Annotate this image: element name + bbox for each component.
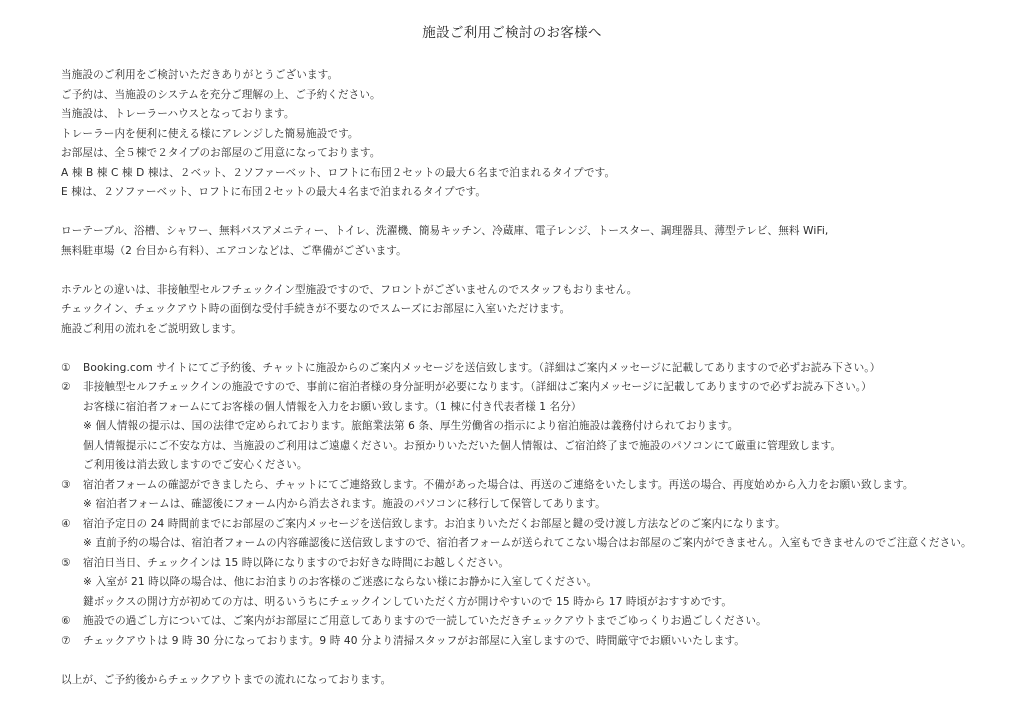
step-text: 宿泊者フォームの確認ができましたら、チャットにてご連絡致します。不備があった場合… [83, 476, 914, 496]
intro-line: お部屋は、全５棟で２タイプのお部屋のご用意になっております。 [61, 144, 1021, 164]
step-note: ※ 直前予約の場合は、宿泊者フォームの内容確認後に送信致しますので、宿泊者フォー… [61, 534, 1021, 554]
step-number: ④ [61, 515, 83, 535]
step-number: ⑤ [61, 554, 83, 574]
difference-line: ホテルとの違いは、非接触型セルフチェックイン型施設ですので、フロントがございませ… [61, 281, 1021, 301]
spacer [61, 651, 1021, 671]
step-7: ⑦ チェックアウトは 9 時 30 分になっております。9 時 40 分より清掃… [61, 632, 1021, 652]
document-body: 当施設のご利用をご検討いただきありがとうございます。 ご予約は、当施設のシステム… [61, 66, 1021, 690]
intro-line: 当施設は、トレーラーハウスとなっております。 [61, 105, 1021, 125]
intro-line: E 棟は、２ソファーベット、ロフトに布団２セットの最大４名まで泊まれるタイプです… [61, 183, 1021, 203]
step-note: ※ 個人情報の提示は、国の法律で定められております。旅館業法第 6 条、厚生労働… [61, 417, 1021, 437]
closing-text: 以上が、ご予約後からチェックアウトまでの流れになっております。 [61, 671, 1021, 691]
difference-section: ホテルとの違いは、非接触型セルフチェックイン型施設ですので、フロントがございませ… [61, 281, 1021, 340]
amenities-line: ローテーブル、浴槽、シャワー、無料バスアメニティー、トイレ、洗濯機、簡易キッチン… [61, 222, 1021, 242]
difference-line: 施設ご利用の流れをご説明致します。 [61, 320, 1021, 340]
intro-line: ご予約は、当施設のシステムを充分ご理解の上、ご予約ください。 [61, 86, 1021, 106]
step-note: ※ 入室が 21 時以降の場合は、他にお泊まりのお客様のご迷惑にならない様にお静… [61, 573, 1021, 593]
step-number: ⑦ [61, 632, 83, 652]
amenities-section: ローテーブル、浴槽、シャワー、無料バスアメニティー、トイレ、洗濯機、簡易キッチン… [61, 222, 1021, 261]
step-text: 施設での過ごし方については、ご案内がお部屋にご用意してありますので一読していただ… [83, 612, 767, 632]
step-text: 宿泊予定日の 24 時間前までにお部屋のご案内メッセージを送信致します。お泊まり… [83, 515, 786, 535]
spacer [61, 261, 1021, 281]
spacer [61, 203, 1021, 223]
step-5: ⑤ 宿泊日当日、チェックインは 15 時以降になりますのでお好きな時間にお越しく… [61, 554, 1021, 574]
step-number: ③ [61, 476, 83, 496]
step-text: チェックアウトは 9 時 30 分になっております。9 時 40 分より清掃スタ… [83, 632, 745, 652]
intro-line: トレーラー内を便利に使える様にアレンジした簡易施設です。 [61, 125, 1021, 145]
step-note: 個人情報提示にご不安な方は、当施設のご利用はご遠慮ください。お預かりいただいた個… [61, 437, 1021, 457]
step-text: 非接触型セルフチェックインの施設ですので、事前に宿泊者様の身分証明が必要になりま… [83, 378, 872, 398]
spacer [61, 339, 1021, 359]
step-note: 鍵ボックスの開け方が初めての方は、明るいうちにチェックインしていただく方が開けや… [61, 593, 1021, 613]
step-3: ③ 宿泊者フォームの確認ができましたら、チャットにてご連絡致します。不備があった… [61, 476, 1021, 496]
step-1: ① Booking.com サイトにてご予約後、チャットに施設からのご案内メッセ… [61, 359, 1021, 379]
intro-line: A 棟 B 棟 C 棟 D 棟は、２ベット、２ソファーベット、ロフトに布団２セッ… [61, 164, 1021, 184]
step-note: お客様に宿泊者フォームにてお客様の個人情報を入力をお願い致します。（1 棟に付き… [61, 398, 1021, 418]
step-number: ⑥ [61, 612, 83, 632]
difference-line: チェックイン、チェックアウト時の面倒な受付手続きが不要なのでスムーズにお部屋に入… [61, 300, 1021, 320]
step-text: 宿泊日当日、チェックインは 15 時以降になりますのでお好きな時間にお越しくださ… [83, 554, 509, 574]
step-4: ④ 宿泊予定日の 24 時間前までにお部屋のご案内メッセージを送信致します。お泊… [61, 515, 1021, 535]
step-number: ② [61, 378, 83, 398]
intro-section: 当施設のご利用をご検討いただきありがとうございます。 ご予約は、当施設のシステム… [61, 66, 1021, 203]
intro-line: 当施設のご利用をご検討いただきありがとうございます。 [61, 66, 1021, 86]
document-title: 施設ご利用ご検討のお客様へ [0, 21, 1024, 41]
step-6: ⑥ 施設での過ごし方については、ご案内がお部屋にご用意してありますので一読してい… [61, 612, 1021, 632]
step-note: ご利用後は消去致しますのでご安心ください。 [61, 456, 1021, 476]
steps-list: ① Booking.com サイトにてご予約後、チャットに施設からのご案内メッセ… [61, 359, 1021, 652]
amenities-line: 無料駐車場（2 台目から有料）、エアコンなどは、ご準備がございます。 [61, 242, 1021, 262]
step-text: Booking.com サイトにてご予約後、チャットに施設からのご案内メッセージ… [83, 359, 880, 379]
step-2: ② 非接触型セルフチェックインの施設ですので、事前に宿泊者様の身分証明が必要にな… [61, 378, 1021, 398]
step-note: ※ 宿泊者フォームは、確認後にフォーム内から消去されます。施設のパソコンに移行し… [61, 495, 1021, 515]
step-number: ① [61, 359, 83, 379]
